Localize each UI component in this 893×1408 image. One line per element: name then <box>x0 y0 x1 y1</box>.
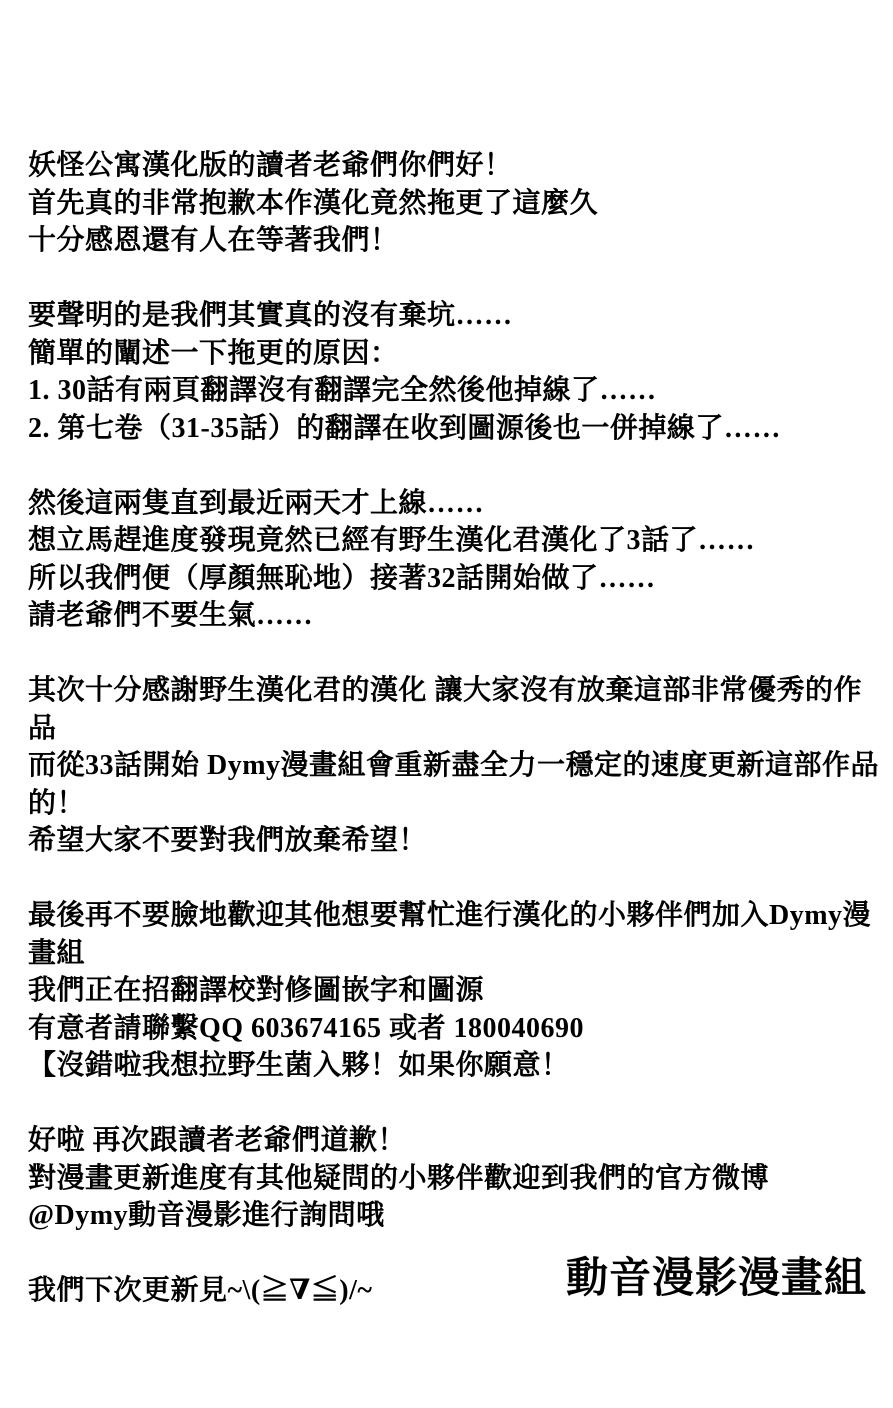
text-line: 十分感恩還有人在等著我們！ <box>28 222 883 260</box>
text-line: 好啦 再次跟讀者老爺們道歉！ <box>28 1122 883 1160</box>
text-line: 簡單的闡述一下拖更的原因： <box>28 335 883 373</box>
qq-contact-line: 有意者請聯繫QQ 603674165 或者 180040690 <box>28 1010 883 1048</box>
paragraph-greeting: 妖怪公寓漢化版的讀者老爺們你們好！ 首先真的非常抱歉本作漢化竟然拖更了這麼久 十… <box>28 147 883 260</box>
text-line: 2. 第七卷（31-35話）的翻譯在收到圖源後也一併掉線了…… <box>28 410 883 448</box>
weibo-handle-line: @Dymy動音漫影進行詢問哦 <box>28 1197 883 1235</box>
text-line: 請老爺們不要生氣…… <box>28 597 883 635</box>
text-line: 對漫畫更新進度有其他疑問的小夥伴歡迎到我們的官方微博 <box>28 1160 883 1198</box>
paragraph-reasons: 要聲明的是我們其實真的沒有棄坑…… 簡單的闡述一下拖更的原因： 1. 30話有兩… <box>28 297 883 447</box>
text-line: 其次十分感謝野生漢化君的漢化 讓大家沒有放棄這部非常優秀的作品 <box>28 672 883 747</box>
text-line: 最後再不要臉地歡迎其他想要幫忙進行漢化的小夥伴們加入Dymy漫畫組 <box>28 897 883 972</box>
paragraph-apology-weibo: 好啦 再次跟讀者老爺們道歉！ 對漫畫更新進度有其他疑問的小夥伴歡迎到我們的官方微… <box>28 1122 883 1235</box>
paragraph-update-status: 然後這兩隻直到最近兩天才上線…… 想立馬趕進度發現竟然已經有野生漢化君漢化了3話… <box>28 485 883 635</box>
text-line: 而從33話開始 Dymy漫畫組會重新盡全力一穩定的速度更新這部作品的！ <box>28 747 883 822</box>
group-signature: 動音漫影漫畫組 <box>566 1253 867 1305</box>
text-line: 想立馬趕進度發現竟然已經有野生漢化君漢化了3話了…… <box>28 522 883 560</box>
text-line: 我們正在招翻譯校對修圖嵌字和圖源 <box>28 972 883 1010</box>
notice-body: 妖怪公寓漢化版的讀者老爺們你們好！ 首先真的非常抱歉本作漢化竟然拖更了這麼久 十… <box>28 147 883 1310</box>
notice-page: 妖怪公寓漢化版的讀者老爺們你們好！ 首先真的非常抱歉本作漢化竟然拖更了這麼久 十… <box>0 0 893 1408</box>
text-line: 1. 30話有兩頁翻譯沒有翻譯完全然後他掉線了…… <box>28 372 883 410</box>
text-line: 妖怪公寓漢化版的讀者老爺們你們好！ <box>28 147 883 185</box>
paragraph-thanks: 其次十分感謝野生漢化君的漢化 讓大家沒有放棄這部非常優秀的作品 而從33話開始 … <box>28 672 883 860</box>
text-line: 首先真的非常抱歉本作漢化竟然拖更了這麼久 <box>28 185 883 223</box>
text-line: 【沒錯啦我想拉野生菌入夥！如果你願意！ <box>28 1047 883 1085</box>
text-line: 希望大家不要對我們放棄希望！ <box>28 822 883 860</box>
text-line: 要聲明的是我們其實真的沒有棄坑…… <box>28 297 883 335</box>
text-line: 然後這兩隻直到最近兩天才上線…… <box>28 485 883 523</box>
paragraph-recruitment: 最後再不要臉地歡迎其他想要幫忙進行漢化的小夥伴們加入Dymy漫畫組 我們正在招翻… <box>28 897 883 1085</box>
text-line: 所以我們便（厚顏無恥地）接著32話開始做了…… <box>28 560 883 598</box>
